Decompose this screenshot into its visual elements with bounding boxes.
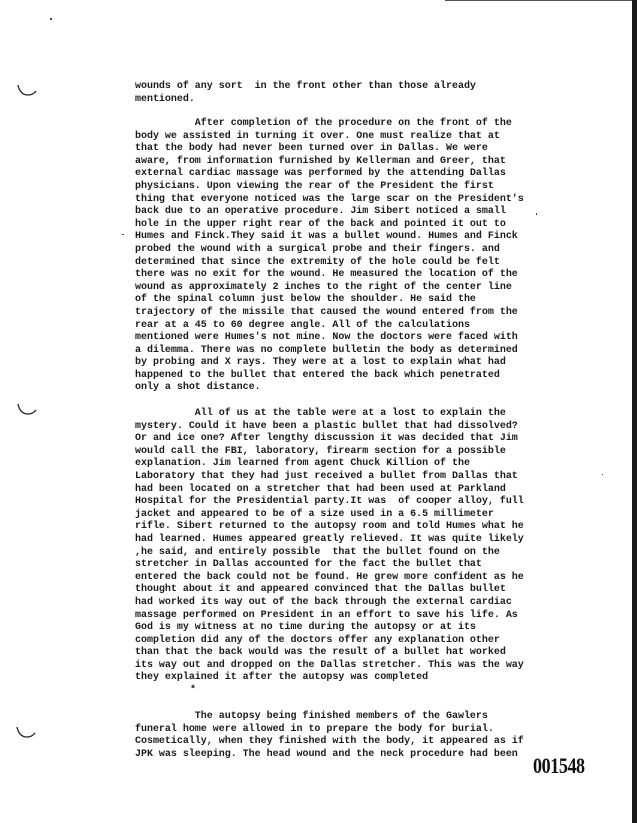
text-line: completion did any of the doctors offer … — [135, 635, 555, 648]
text-line: had been located on a stretcher that had… — [135, 484, 555, 497]
text-line: thought about it and appeared convinced … — [135, 584, 555, 597]
scan-right-border — [632, 0, 637, 823]
text-line: Humes and Finck.They said it was a bulle… — [135, 231, 555, 244]
text-line: ,he said, and entirely possible that the… — [135, 547, 555, 560]
punch-hole-mark-icon — [16, 402, 36, 422]
text-line: jacket and appeared to be of a size used… — [135, 509, 555, 522]
text-line: only a shot distance. — [135, 382, 555, 395]
text-line: entered the back could not be found. He … — [135, 572, 555, 585]
punch-hole-mark-icon — [16, 83, 36, 103]
text-line: The autopsy being finished members of th… — [135, 711, 555, 724]
scan-speck — [122, 234, 124, 235]
text-line: mentioned. — [135, 94, 555, 107]
text-line: Cosmetically, when they finished with th… — [135, 736, 555, 749]
paragraph-3: All of us at the table were at a lost to… — [135, 408, 555, 685]
text-line: probed the wound with a surgical probe a… — [135, 244, 555, 257]
text-line: massage performed on President in an eff… — [135, 610, 555, 623]
paragraph-1: wounds of any sort in the front other th… — [135, 81, 555, 106]
paragraph-4: The autopsy being finished members of th… — [135, 711, 555, 761]
stray-mark: * — [190, 685, 610, 698]
scan-speck — [50, 18, 52, 20]
text-line: rear at a 45 to 60 degree angle. All of … — [135, 320, 555, 333]
text-line: stretcher in Dallas accounted for the fa… — [135, 559, 555, 572]
text-line: mystery. Could it have been a plastic bu… — [135, 421, 555, 434]
paragraph-2: After completion of the procedure on the… — [135, 118, 555, 395]
text-line: hole in the upper right rear of the back… — [135, 219, 555, 232]
text-line: there was no exit for the wound. He meas… — [135, 269, 555, 282]
text-line: its way out and dropped on the Dallas st… — [135, 660, 555, 673]
text-line: mentioned were Humes's not mine. Now the… — [135, 332, 555, 345]
text-line: would call the FBI, laboratory, firearm … — [135, 446, 555, 459]
text-line: a dilemma. There was no complete bulleti… — [135, 345, 555, 358]
text-line: thing that everyone noticed was the larg… — [135, 194, 555, 207]
text-line: by probing and X rays. They were at a lo… — [135, 357, 555, 370]
text-line: aware, from information furnished by Kel… — [135, 156, 555, 169]
text-line: Hospital for the Presidential party.It w… — [135, 496, 555, 509]
text-line: JPK was sleeping. The head wound and the… — [135, 749, 555, 762]
text-line: back due to an operative procedure. Jim … — [135, 206, 555, 219]
text-line: that the body had never been turned over… — [135, 143, 555, 156]
text-line: physicians. Upon viewing the rear of the… — [135, 181, 555, 194]
text-line: wounds of any sort in the front other th… — [135, 81, 555, 94]
text-line: body we assisted in turning it over. One… — [135, 131, 555, 144]
text-line: had worked its way out of the back throu… — [135, 597, 555, 610]
text-line: All of us at the table were at a lost to… — [135, 408, 555, 421]
text-line: external cardiac massage was performed b… — [135, 168, 555, 181]
text-line: After completion of the procedure on the… — [135, 118, 555, 131]
text-line: Laboratory that they had just received a… — [135, 471, 555, 484]
text-line: trajectory of the missile that caused th… — [135, 307, 555, 320]
text-line: determined that since the extremity of t… — [135, 257, 555, 270]
text-line: explanation. Jim learned from agent Chuc… — [135, 458, 555, 471]
bates-number-stamp: 001548 — [533, 753, 585, 779]
scan-speck — [602, 474, 603, 475]
text-line: Or and ice one? After lengthy discussion… — [135, 433, 555, 446]
text-line: rifle. Sibert returned to the autopsy ro… — [135, 521, 555, 534]
text-line: funeral home were allowed in to prepare … — [135, 724, 555, 737]
punch-hole-mark-icon — [15, 725, 35, 745]
document-page: wounds of any sort in the front other th… — [0, 0, 637, 823]
text-line: had learned. Humes appeared greatly reli… — [135, 534, 555, 547]
text-line: happened to the bullet that entered the … — [135, 370, 555, 383]
text-line: wound as approximately 2 inches to the r… — [135, 282, 555, 295]
text-line: than that the back would was the result … — [135, 647, 555, 660]
text-line: of the spinal column just below the shou… — [135, 294, 555, 307]
scan-edge-artifact-dark — [445, 0, 632, 1]
text-line: they explained it after the autopsy was … — [135, 672, 555, 685]
text-line: God is my witness at no time during the … — [135, 622, 555, 635]
